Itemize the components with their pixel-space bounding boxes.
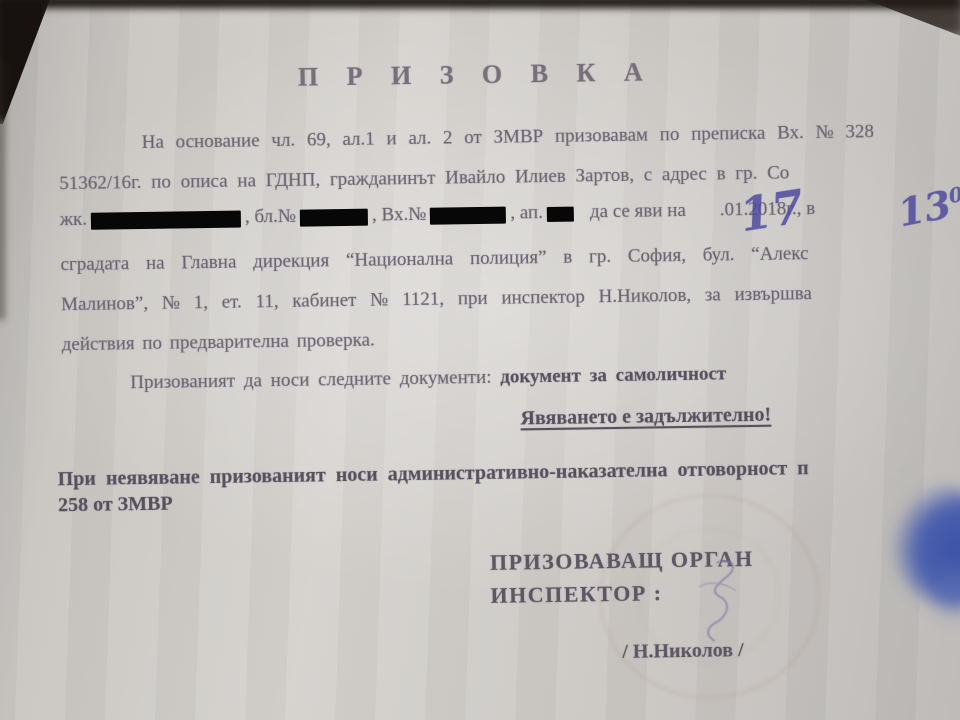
body-line-3: жк. , бл.№ , Вх.№ , ап. да се яви на .01… xyxy=(60,198,816,231)
body-line-1: На основание чл. 69, ал.1 и ал. 2 от ЗМВ… xyxy=(142,121,875,154)
liability-line-2: 258 от ЗМВР xyxy=(58,493,173,518)
mandatory-appearance-text: Явяването е задължително! xyxy=(520,404,771,430)
handwritten-day: 17 xyxy=(736,179,808,242)
inspector-name: / Н.Николов / xyxy=(622,639,744,664)
liability-line-1: При неявяване призованият носи администр… xyxy=(58,457,809,491)
mandatory-appearance-notice: Явяването е задължително! xyxy=(456,403,836,432)
inspector-label: ИНСПЕКТОР : xyxy=(490,580,662,609)
body-line-2: 51362/16г. по описа на ГДНП, гражданинът… xyxy=(59,162,789,195)
redaction-bar xyxy=(300,208,368,226)
signature-scribble xyxy=(679,556,760,647)
summons-title: П Р И З О В К А xyxy=(0,53,956,97)
handwritten-time-hours: 13 xyxy=(894,181,954,235)
handwritten-time: 1300 xyxy=(894,176,960,235)
summons-document: П Р И З О В К А На основание чл. 69, ал.… xyxy=(0,0,960,720)
documents-required-label: Призованият да носи следните документи: xyxy=(130,367,500,393)
line3-label-zhk: жк. xyxy=(60,209,87,231)
documents-required-line: Призованият да носи следните документи: … xyxy=(130,363,726,394)
redaction-bar xyxy=(430,206,506,224)
documents-required-value: документ за самоличност xyxy=(500,363,726,387)
line3-appear-text: да се яви на xyxy=(590,200,686,223)
body-line-4: сградата на Главна дирекция “Национална … xyxy=(60,243,808,276)
line3-label-vh: , Вх.№ xyxy=(372,204,427,227)
body-line-5: Малинов”, № 1, ет. 11, кабинет № 1121, п… xyxy=(61,283,812,316)
line3-label-bl: , бл.№ xyxy=(245,206,296,229)
redaction-bar xyxy=(91,210,241,229)
line3-label-ap: , ап. xyxy=(510,202,543,224)
redaction-bar xyxy=(547,206,574,221)
body-line-6: действия по предварителна проверка. xyxy=(62,330,375,357)
